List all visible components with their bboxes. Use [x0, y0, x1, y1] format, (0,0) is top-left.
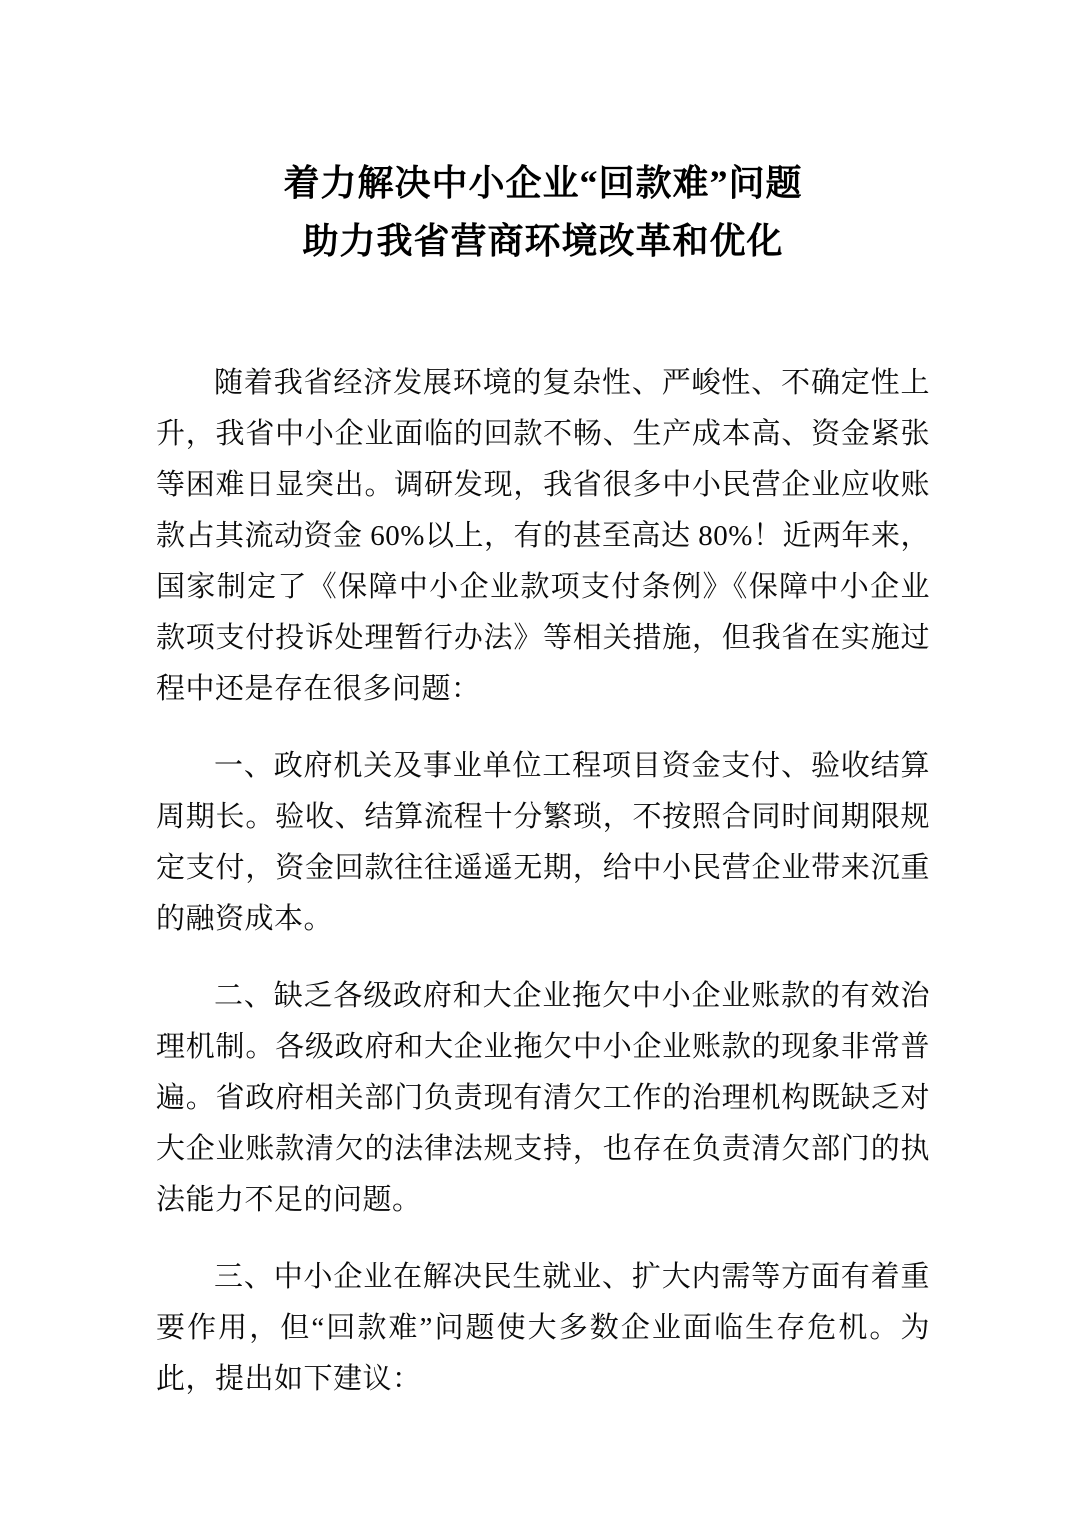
paragraph-issue-1: 一、政府机关及事业单位工程项目资金支付、验收结算周期长。验收、结算流程十分繁琐，… — [156, 741, 930, 945]
document-title-line-2: 助力我省营商环境改革和优化 — [156, 212, 930, 270]
paragraph-issue-3: 三、中小企业在解决民生就业、扩大内需等方面有着重要作用，但“回款难”问题使大多数… — [156, 1252, 930, 1405]
paragraph-issue-2: 二、缺乏各级政府和大企业拖欠中小企业账款的有效治理机制。各级政府和大企业拖欠中小… — [156, 971, 930, 1226]
document-title: 着力解决中小企业“回款难”问题 助力我省营商环境改革和优化 — [156, 154, 930, 270]
document-page: 着力解决中小企业“回款难”问题 助力我省营商环境改革和优化 随着我省经济发展环境… — [0, 0, 1080, 1527]
document-title-line-1: 着力解决中小企业“回款难”问题 — [156, 154, 930, 212]
paragraph-intro: 随着我省经济发展环境的复杂性、严峻性、不确定性上升，我省中小企业面临的回款不畅、… — [156, 358, 930, 715]
document-body: 随着我省经济发展环境的复杂性、严峻性、不确定性上升，我省中小企业面临的回款不畅、… — [156, 358, 930, 1405]
